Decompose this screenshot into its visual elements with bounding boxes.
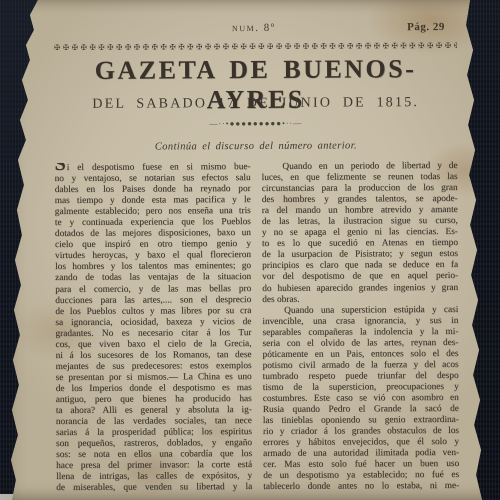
text-line: mejantes de sus predecesores: estos exem…	[56, 361, 252, 373]
text-line: seria con el olvido de las artes, reynan…	[262, 338, 458, 350]
text-line: de los Pueblos cultos y mas libres por s…	[55, 306, 251, 318]
left-column: Si el despotismo fuese en si mismo bue-n…	[55, 162, 253, 500]
text-line: Quando una supersticion estúpida y casi	[262, 305, 458, 317]
right-column: Quando en un periodo de libertad y deluc…	[262, 161, 460, 500]
page-number: Pág. 29	[407, 21, 445, 33]
text-line: cos, que viven baxo el cielo de la Greci…	[55, 339, 251, 351]
page-content: num. 8º Pág. 29 ✠✠✠✠✠✠✠✠✠✠✠✠✠✠✠✠✠✠✠✠✠✠✠✠…	[54, 0, 460, 500]
text-line: separables compañeras la indolencia y la…	[262, 327, 458, 339]
issue-number: num. 8º	[199, 22, 309, 35]
text-line: tablecerlo donde antes no lo estaba, ni …	[263, 481, 459, 493]
divider-ornament: —··•●●●●●●●●●•··—	[54, 118, 457, 129]
text-line: invencible, una crasa ignorancia, y sus …	[262, 316, 458, 328]
ornament-border: ✠✠✠✠✠✠✠✠✠✠✠✠✠✠✠✠✠✠✠✠✠✠✠✠✠✠✠✠✠✠✠✠✠✠✠✠✠✠✠✠…	[54, 41, 457, 52]
newspaper-page: num. 8º Pág. 29 ✠✠✠✠✠✠✠✠✠✠✠✠✠✠✠✠✠✠✠✠✠✠✠✠…	[0, 0, 500, 500]
photo-backdrop: num. 8º Pág. 29 ✠✠✠✠✠✠✠✠✠✠✠✠✠✠✠✠✠✠✠✠✠✠✠✠…	[0, 0, 500, 500]
text-line: zando de todas las ventajas de la situac…	[55, 272, 251, 284]
text-line: para el comercio, y de las mas bellas pr…	[55, 284, 251, 296]
text-line: de miserables, que venden su libertad y …	[56, 482, 252, 494]
text-line: póticamente en un Pais, entonces solo el…	[263, 349, 459, 361]
continuation-note: Continúa el discurso del número anterior…	[54, 140, 457, 153]
text-line: sa ignorancia, ociosidad, baxeza y vicio…	[55, 317, 251, 329]
text-line: vor del despotismo de que en aquel perio…	[262, 271, 458, 283]
masthead-date: DEL SABADO 17 DE JUNIO DE 1815.	[54, 95, 457, 113]
text-line: do hubiesen aparecido grandes ingenios y…	[262, 282, 458, 294]
article-columns: Si el despotismo fuese en si mismo bue-n…	[55, 161, 460, 500]
text-line: ni á los sucesores de los Romanos, tan d…	[56, 350, 252, 362]
text-line: ducciones para las artes,.... son el des…	[55, 295, 251, 307]
text-line: potismo civil armado de la fuerza y del …	[263, 360, 459, 372]
text-line: gradantes. No es necesario citar á los T…	[55, 328, 251, 340]
